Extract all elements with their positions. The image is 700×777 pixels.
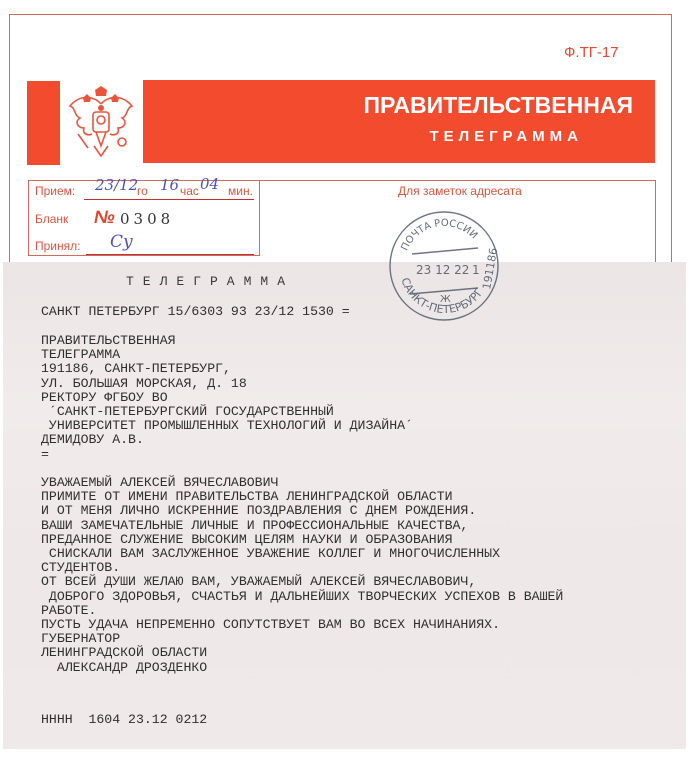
address-line: ´САНКТ-ПЕТЕРБУРГСКИЙ ГОСУДАРСТВЕННЫЙ (41, 405, 413, 419)
banner-title: ПРАВИТЕЛЬСТВЕННАЯ (364, 92, 634, 119)
address-line: РЕКТОРУ ФГБОУ ВО (41, 391, 413, 405)
message-line: ДОБРОГО ЗДОРОВЬЯ, СЧАСТЬЯ И ДАЛЬНЕЙШИХ Т… (41, 590, 563, 604)
blank-label: Бланк (35, 212, 68, 226)
received-underline (84, 199, 254, 200)
message-line: ВАШИ ЗАМЕЧАТЕЛЬНЫЕ ЛИЧНЫЕ И ПРОФЕССИОНАЛ… (41, 519, 563, 533)
address-line: УНИВЕРСИТЕТ ПРОМЫШЛЕННЫХ ТЕХНОЛОГИЙ И ДИ… (41, 419, 413, 433)
address-line: ДЕМИДОВУ А.В. (41, 433, 413, 447)
telegram-heading: ТЕЛЕГРАММА (126, 274, 294, 289)
address-line: УЛ. БОЛЬШАЯ МОРСКАЯ, Д. 18 (41, 377, 413, 391)
red-accent-block (27, 81, 60, 165)
message-line: ГУБЕРНАТОР (41, 632, 563, 646)
stamp-letter: Ж (440, 294, 451, 305)
date-suffix: го (137, 184, 148, 198)
number-sign: № (94, 207, 115, 228)
message-line: ПРИМИТЕ ОТ ИМЕНИ ПРАВИТЕЛЬСТВА ЛЕНИНГРАД… (41, 490, 563, 504)
hour-label: час (180, 184, 199, 198)
telegram-address: ПРАВИТЕЛЬСТВЕННАЯТЕЛЕГРАММА191186, САНКТ… (41, 334, 413, 462)
accepted-signature: Су (110, 232, 133, 252)
message-line: ЛЕНИНГРАДСКОЙ ОБЛАСТИ (41, 646, 563, 660)
message-line: РАБОТЕ. (41, 604, 563, 618)
postmark-stamp-icon: ПОЧТА РОССИИ САНКТ-ПЕТЕРБУРГ 23 12 22 1 … (386, 208, 502, 324)
received-date: 23/12 (95, 176, 138, 194)
coat-of-arms-icon (66, 84, 136, 162)
address-line: ТЕЛЕГРАММА (41, 348, 413, 362)
stamp-date: 23 12 22 (416, 263, 469, 277)
banner-subtitle: ТЕЛЕГРАММА (429, 128, 583, 145)
address-line: 191186, САНКТ-ПЕТЕРБУРГ, (41, 362, 413, 376)
stamp-sequence: 1 (472, 263, 480, 277)
message-line: ОТ ВСЕЙ ДУШИ ЖЕЛАЮ ВАМ, УВАЖАЕМЫЙ АЛЕКСЕ… (41, 575, 563, 589)
address-line: = (41, 448, 413, 462)
message-line: ПРЕДАННОЕ СЛУЖЕНИЕ ВЫСОКИМ ЦЕЛЯМ НАУКИ И… (41, 533, 563, 547)
received-label: Прием: (35, 184, 75, 198)
telegram-body: УВАЖАЕМЫЙ АЛЕКСЕЙ ВЯЧЕСЛАВОВИЧПРИМИТЕ ОТ… (41, 476, 563, 675)
form-code: Ф.ТГ-17 (564, 44, 619, 61)
message-line: И ОТ МЕНЯ ЛИЧНО ИСКРЕННИЕ ПОЗДРАВЛЕНИЯ С… (41, 504, 563, 518)
message-line: ПУСТЬ УДАЧА НЕПРЕМЕННО СОПУТСТВУЕТ ВАМ В… (41, 618, 563, 632)
blank-number: 0308 (120, 210, 174, 228)
address-line: ПРАВИТЕЛЬСТВЕННАЯ (41, 334, 413, 348)
minutes-label: мин. (228, 184, 253, 198)
message-line: АЛЕКСАНДР ДРОЗДЕНКО (41, 661, 563, 675)
accepted-label: Принял: (35, 239, 80, 253)
accepted-underline (86, 254, 254, 255)
government-telegram-banner: ПРАВИТЕЛЬСТВЕННАЯ ТЕЛЕГРАММА (143, 80, 655, 163)
message-line: УВАЖАЕМЫЙ АЛЕКСЕЙ ВЯЧЕСЛАВОВИЧ (41, 476, 563, 490)
recipient-notes-label: Для заметок адресата (398, 184, 522, 198)
telegram-footer-line: НННН 1604 23.12 0212 (41, 713, 207, 727)
telegram-service-line: САНКТ ПЕТЕРБУРГ 15/6303 93 23/12 1530 = (41, 305, 350, 319)
message-line: СТУДЕНТОВ. (41, 561, 563, 575)
received-hour: 16 (160, 176, 179, 194)
message-line: СНИСКАЛИ ВАМ ЗАСЛУЖЕННОЕ УВАЖЕНИЕ КОЛЛЕГ… (41, 547, 563, 561)
received-minutes: 04 (200, 175, 219, 193)
